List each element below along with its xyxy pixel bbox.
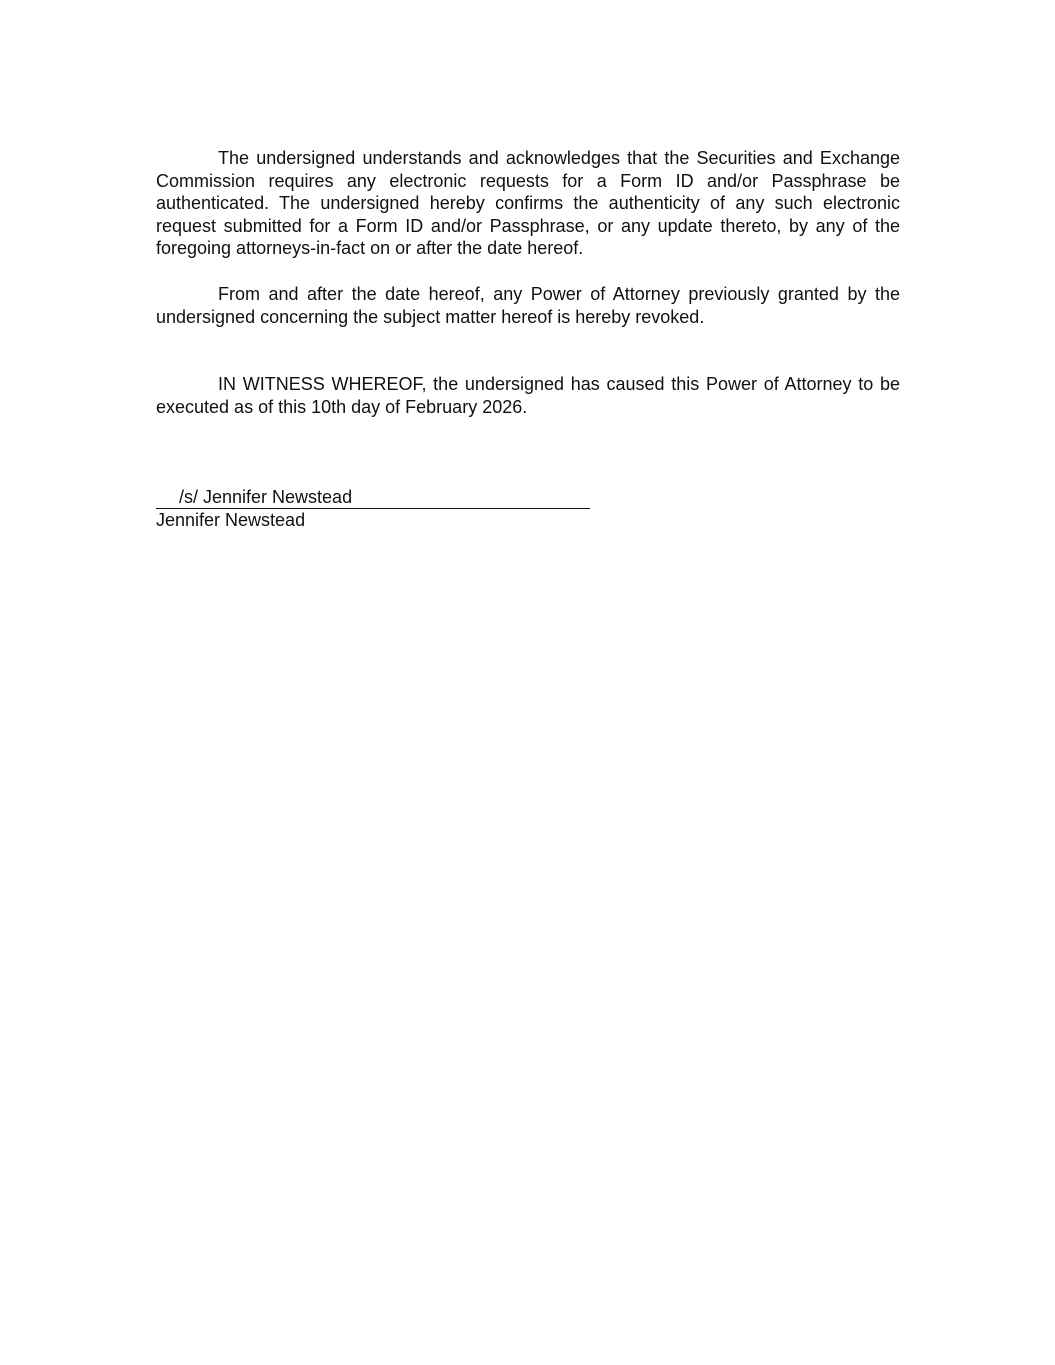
document-page: The undersigned understands and acknowle… (156, 147, 900, 532)
revocation-paragraph: From and after the date hereof, any Powe… (156, 283, 900, 328)
signer-name: Jennifer Newstead (156, 509, 900, 532)
authentication-paragraph: The undersigned understands and acknowle… (156, 147, 900, 260)
signature-line: /s/ Jennifer Newstead (156, 487, 590, 509)
signature-block: /s/ Jennifer Newstead Jennifer Newstead (156, 486, 900, 532)
witness-paragraph: IN WITNESS WHEREOF, the undersigned has … (156, 373, 900, 418)
